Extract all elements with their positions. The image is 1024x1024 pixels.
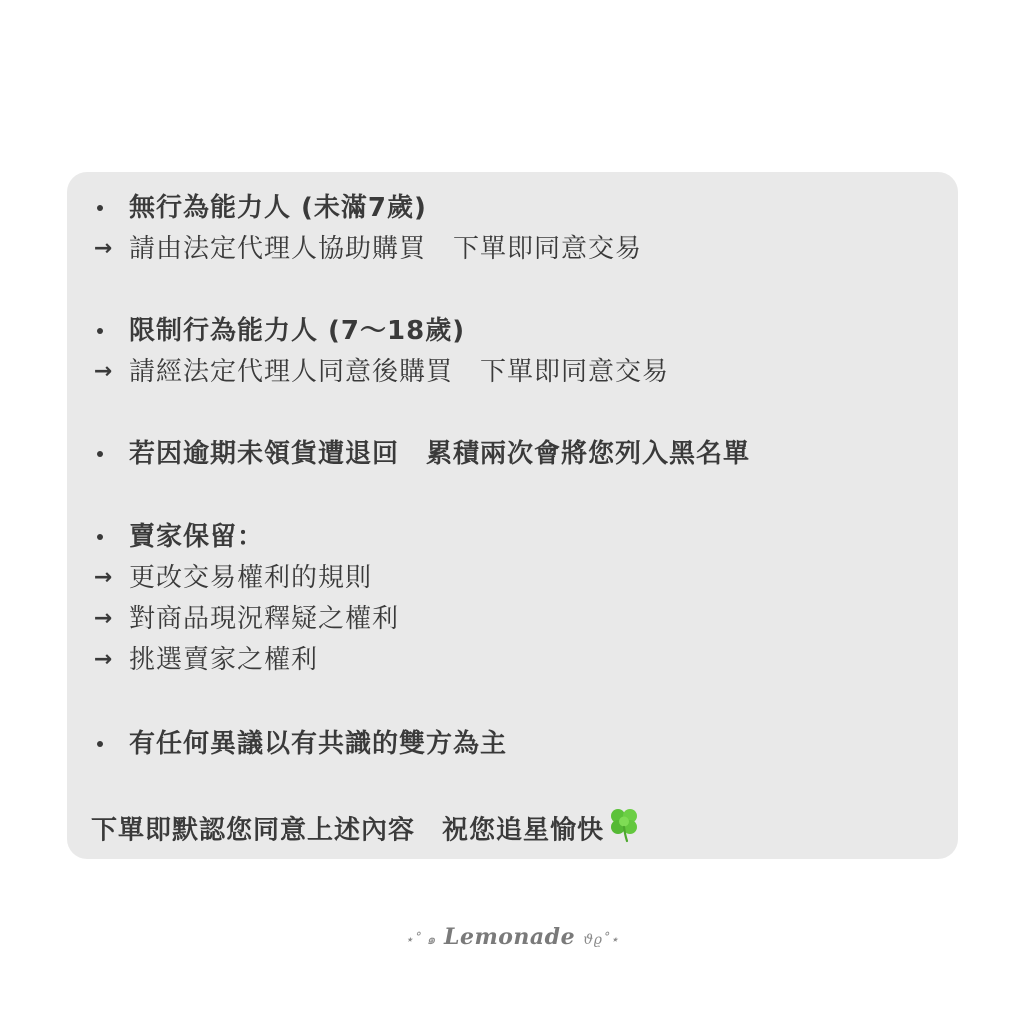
arrow-icon: → [91, 601, 115, 637]
arrow-icon: → [91, 642, 115, 678]
brand-name: Lemonade [444, 924, 575, 950]
arrow-icon: → [91, 560, 115, 596]
closing-text: 下單即默認您同意上述內容 祝您追星愉快 [91, 816, 604, 846]
four-leaf-clover-icon [606, 805, 642, 853]
right-decoration: ϑϱ˚⋆ [583, 932, 619, 948]
notice-card: 無行為能力人 (未滿7歲) → 請由法定代理人協助購買 下單即同意交易 限制行為… [67, 172, 958, 859]
bullet-icon [97, 741, 103, 747]
bullet-icon [97, 205, 103, 211]
bullet-icon [97, 328, 103, 334]
brand-signature: ⋆˚ ๑ Lemonade ϑϱ˚⋆ [0, 924, 1024, 951]
arrow-icon: → [91, 231, 115, 267]
left-decoration: ⋆˚ ๑ [405, 932, 436, 948]
bullet-icon [97, 534, 103, 540]
arrow-icon: → [91, 354, 115, 390]
bullet-icon [97, 451, 103, 457]
